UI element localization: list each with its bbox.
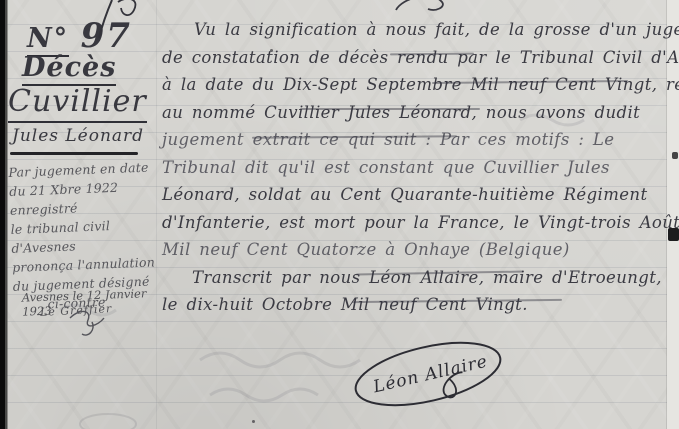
record-type-label: Décès — [22, 52, 116, 86]
body-line: Vu la signification à nous fait, de la g… — [162, 20, 679, 48]
signature-descender — [440, 372, 467, 399]
mayor-signature: Léon Allaire — [350, 331, 507, 418]
ink-speck — [270, 49, 273, 52]
body-line: jugement extrait ce qui suit : Par ces m… — [162, 130, 679, 158]
body-line: de constatation de décès rendu par le Tr… — [162, 48, 679, 76]
bleed-through-oval — [80, 414, 136, 429]
signature-name-text: Léon Allaire — [370, 352, 489, 398]
body-line: Léonard, soldat au Cent Quarante-huitièm… — [162, 185, 679, 213]
heading-underline — [10, 152, 138, 155]
record-number: N° 97 — [27, 16, 132, 56]
word-underline — [300, 108, 480, 110]
top-flourish-loop — [118, 0, 135, 15]
ink-speck — [252, 420, 255, 423]
signature-oval-flourish — [350, 331, 506, 417]
body-line: au nommé Cuvillier Jules Léonard, nous a… — [162, 103, 679, 131]
body-line: d'Infanterie, est mort pour la France, l… — [162, 213, 679, 241]
deceased-given-names: Jules Léonard — [12, 126, 144, 146]
top-flourish-curve — [396, 0, 443, 10]
body-line: Mil neuf Cent Quatorze à Onhaye (Belgiqu… — [162, 240, 679, 268]
deceased-surname: Cuvillier — [8, 84, 147, 123]
act-body-text: Vu la signification à nous fait, de la g… — [162, 20, 679, 323]
annotation-line: du 21 Xbre 1922 enregistré — [9, 176, 162, 220]
register-page-scan: N° 97 Décès Cuvillier Jules Léonard Par … — [0, 0, 679, 429]
body-line: Tribunal dit qu'il est constant que Cuvi… — [162, 158, 679, 186]
record-number-value: 97 — [81, 16, 132, 56]
annotation-signoff: Le Greffier — [40, 302, 113, 319]
annotation-line: le tribunal civil d'Avesnes — [10, 214, 163, 258]
scan-left-edge — [0, 0, 8, 429]
body-line: à la date du Dix-Sept Septembre Mil neuf… — [162, 75, 679, 103]
